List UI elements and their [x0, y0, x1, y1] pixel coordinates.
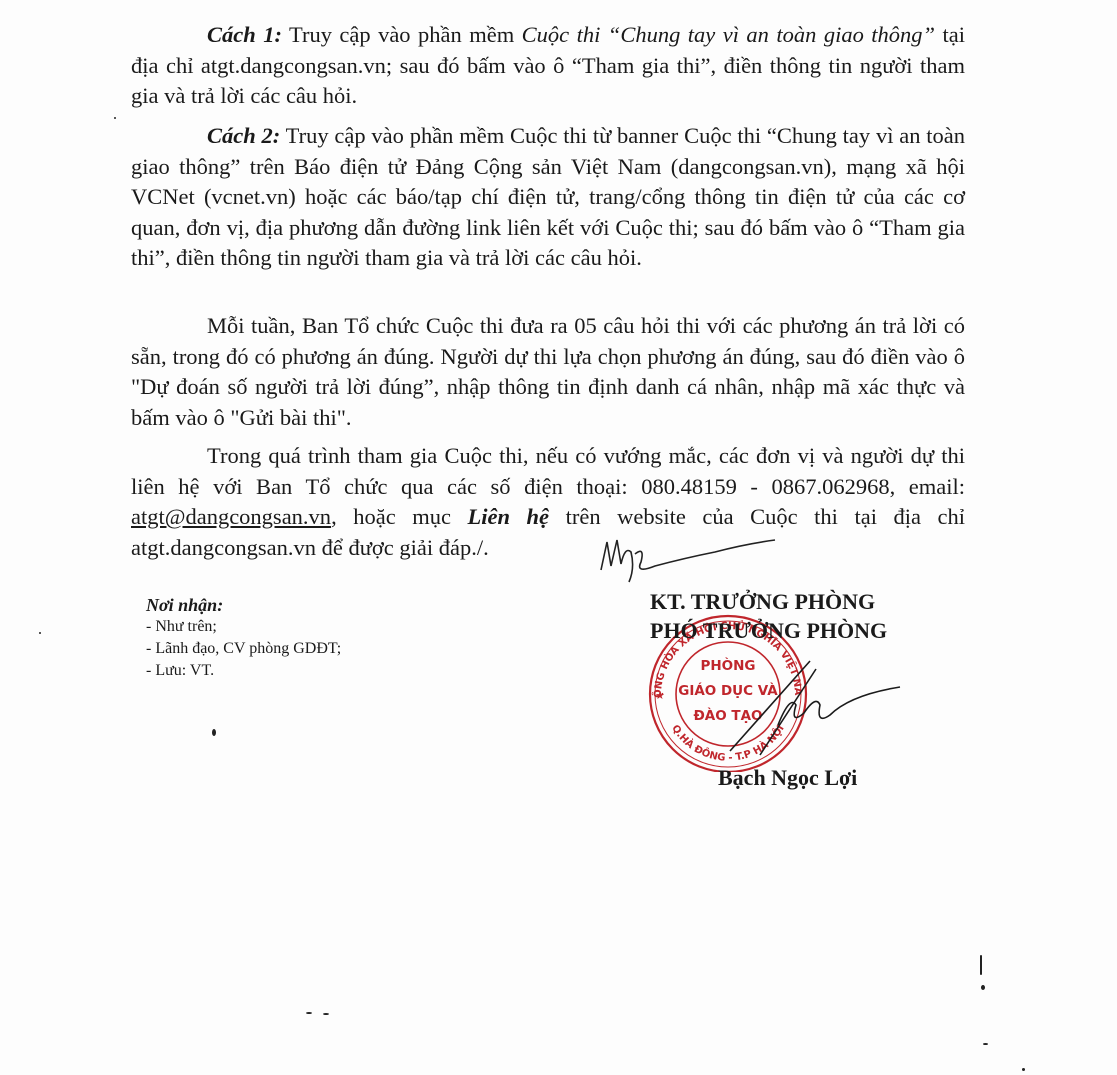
recipient-item: - Lưu: VT.: [146, 660, 341, 682]
paragraph-contact: Trong quá trình tham gia Cuộc thi, nếu c…: [131, 441, 965, 563]
scan-speck: [212, 729, 216, 736]
signer-name: Bạch Ngọc Lợi: [718, 765, 857, 791]
scan-speck: [1022, 1068, 1025, 1071]
scan-speck: [323, 1013, 329, 1015]
svg-text:Q.HÀ ĐÔNG - T.P HÀ NỘI: Q.HÀ ĐÔNG - T.P HÀ NỘI: [669, 723, 787, 764]
scan-speck: [980, 955, 982, 975]
paragraph-method-1: Cách 1: Truy cập vào phần mềm Cuộc thi “…: [131, 20, 965, 112]
svg-text:GIÁO DỤC VÀ: GIÁO DỤC VÀ: [678, 682, 778, 699]
paragraph-method-2: Cách 2: Truy cập vào phần mềm Cuộc thi t…: [131, 121, 965, 274]
scan-speck: [983, 1043, 988, 1045]
document-page: Cách 1: Truy cập vào phần mềm Cuộc thi “…: [0, 0, 1117, 1075]
signature-title-2: PHÓ TRƯỞNG PHÒNG: [650, 616, 940, 645]
svg-text:★: ★: [655, 690, 665, 702]
contact-section-label: Liên hệ: [468, 504, 550, 529]
signature-title-1: KT. TRƯỞNG PHÒNG: [650, 587, 940, 616]
svg-text:PHÒNG: PHÒNG: [700, 656, 755, 674]
method-1-label: Cách 1:: [207, 22, 282, 47]
recipient-item: - Như trên;: [146, 616, 341, 638]
scan-speck: [981, 985, 985, 990]
paragraph-weekly-questions: Mỗi tuần, Ban Tổ chức Cuộc thi đưa ra 05…: [131, 311, 965, 433]
scan-speck: [39, 632, 41, 634]
recipients-title: Nơi nhận:: [146, 594, 341, 616]
recipient-item: - Lãnh đạo, CV phòng GDĐT;: [146, 638, 341, 660]
svg-text:ĐÀO TẠO: ĐÀO TẠO: [693, 707, 762, 724]
scan-speck: [114, 117, 116, 119]
recipients-block: Nơi nhận: - Như trên; - Lãnh đạo, CV phò…: [146, 594, 341, 682]
scan-speck: [306, 1012, 312, 1014]
email-link[interactable]: atgt@dangcongsan.vn: [131, 504, 331, 529]
method-2-label: Cách 2:: [207, 123, 280, 148]
signature-block: KT. TRƯỞNG PHÒNG PHÓ TRƯỞNG PHÒNG: [650, 587, 940, 645]
